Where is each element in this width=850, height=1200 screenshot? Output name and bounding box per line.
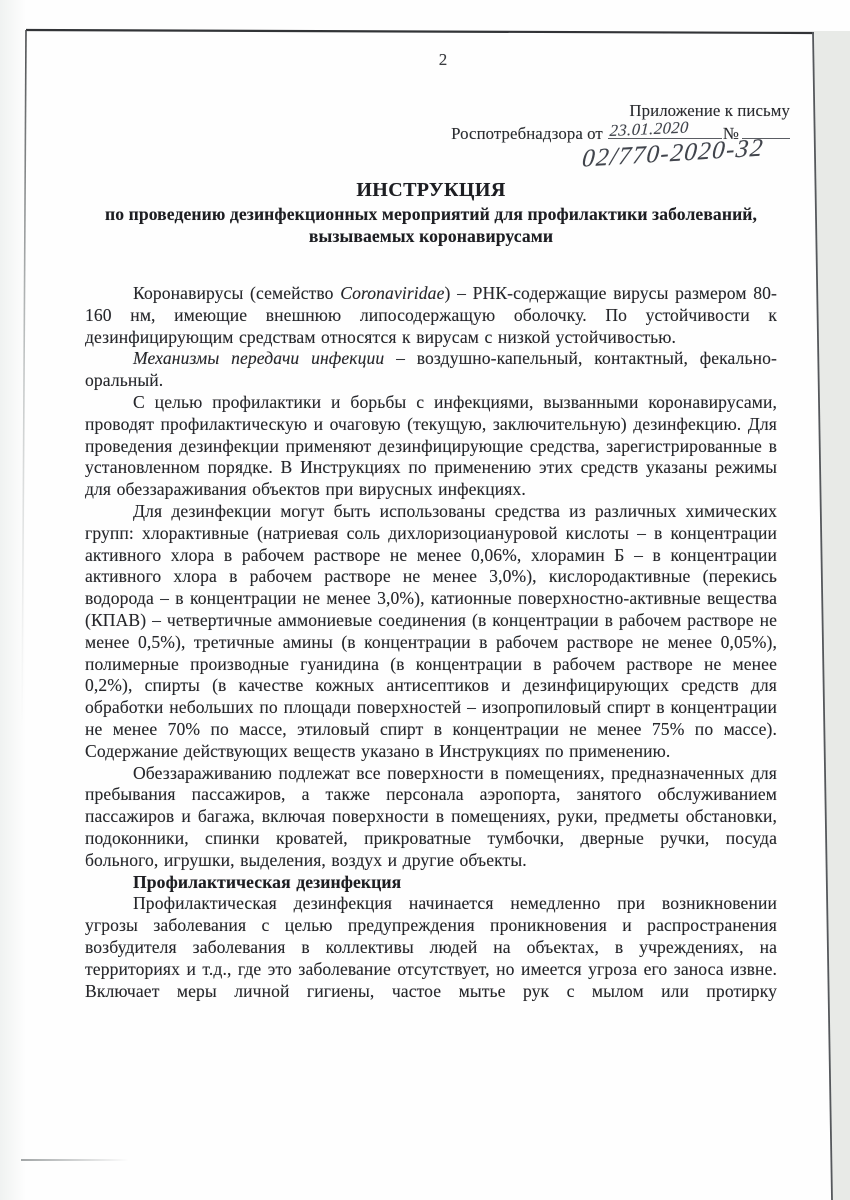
paragraph: Профилактическая дезинфекция начинается … [85, 893, 777, 1002]
annotation-line2-prefix: Роспотребнадзора от [451, 124, 603, 143]
document-body: Коронавирусы (семейство Coronaviridae) –… [85, 283, 777, 1002]
bottom-left-artifact-line [21, 1159, 129, 1161]
annotation-number-row: 02/770-2020-32 [582, 140, 764, 168]
text-segment: Профилактическая дезинфекция начинается … [85, 893, 777, 1000]
italic-text-segment: Coronaviridae [340, 283, 444, 303]
document-title-block: ИНСТРУКЦИЯ по проведению дезинфекционных… [85, 178, 777, 247]
section-heading: Профилактическая дезинфекция [85, 872, 777, 894]
document-title: ИНСТРУКЦИЯ [85, 178, 777, 202]
paper-top-edge-line [26, 30, 814, 33]
paragraph: Коронавирусы (семейство Coronaviridae) –… [85, 283, 777, 348]
paragraph: Обеззараживанию подлежат все поверхности… [85, 763, 777, 872]
italic-text-segment: Механизмы передачи инфекции [133, 348, 384, 368]
text-segment: С целью профилактики и борьбы с инфекция… [85, 392, 777, 499]
paragraph: Для дезинфекции могут быть использованы … [85, 501, 777, 763]
document-subtitle: по проведению дезинфекционных мероприяти… [85, 203, 777, 247]
annotation-date-handwritten: 23.01.2020 [609, 116, 690, 142]
paragraph: С целью профилактики и борьбы с инфекция… [85, 392, 777, 501]
text-segment: Для дезинфекции могут быть использованы … [85, 501, 777, 761]
paper-left-edge-line [22, 30, 26, 730]
text-segment: Профилактическая дезинфекция [133, 872, 401, 892]
page-number: 2 [408, 50, 478, 70]
paragraph: Механизмы передачи инфекции – воздушно-к… [85, 348, 777, 392]
scanned-document-page: 2 Приложение к письму Роспотребнадзора о… [0, 0, 850, 1200]
text-segment: Коронавирусы (семейство [133, 283, 340, 303]
right-scan-margin [814, 31, 850, 1200]
annotation-number-handwritten: 02/770-2020-32 [581, 134, 765, 173]
text-segment: Обеззараживанию подлежат все поверхности… [85, 763, 777, 870]
annotation-date-underline: 23.01.2020 [608, 122, 722, 139]
